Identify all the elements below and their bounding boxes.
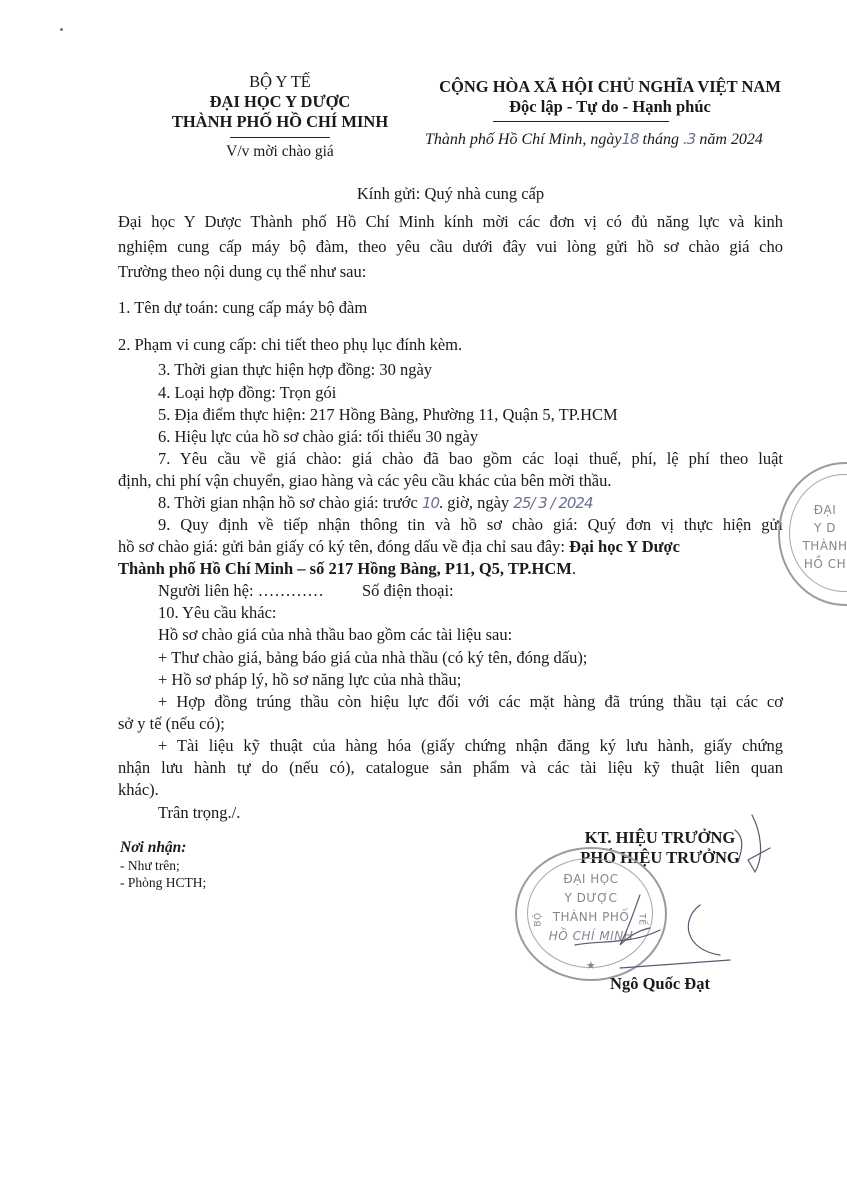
scan-speck [60, 28, 63, 31]
signer-name: Ngô Quốc Đạt [560, 974, 760, 994]
handwritten-signature [0, 0, 847, 1200]
